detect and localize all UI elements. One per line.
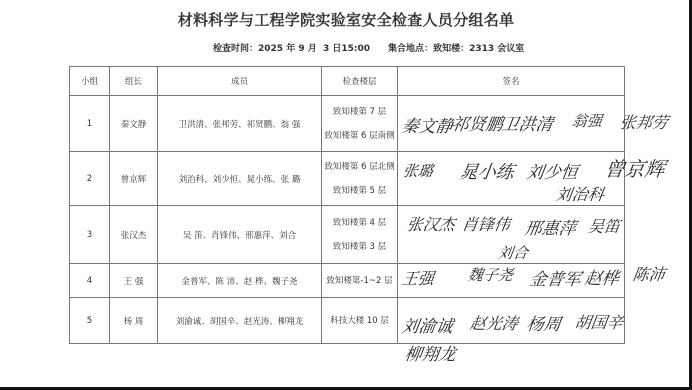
group-leader: 张汉杰 [110, 206, 158, 264]
table-row: 2 曾京辉 刘治科、刘少恒、晁小练、张 璐 致知楼第 6 层北侧 致知楼第 5 … [70, 152, 625, 206]
meeting-place: 集合地点：致知楼：2313 会议室 [388, 44, 524, 54]
signature-cell [398, 206, 625, 264]
group-members: 金普军、陈 沛、赵 桦、魏子尧 [158, 264, 322, 298]
header-signature: 签名 [398, 67, 625, 96]
floor-item: 致知楼第 6 层南侧 [322, 130, 397, 142]
handwritten-signature: 陈沛 [631, 262, 666, 285]
table-row: 5 杨 周 刘渝诚、胡国辛、赵光涛、柳翔龙 科技大楼 10 层 [70, 298, 625, 344]
group-leader: 杨 周 [110, 298, 158, 344]
floor-item: 致知楼第 3 层 [322, 241, 397, 253]
group-leader: 秦文静 [110, 96, 158, 152]
inspection-floors: 致知楼第-1~2 层 [322, 264, 398, 298]
inspection-floors: 科技大楼 10 层 [322, 298, 398, 344]
group-number: 5 [70, 298, 110, 344]
group-members: 卫洪清、张邦劳、祁贤鹏、翁 强 [158, 96, 322, 152]
group-leader: 曾京辉 [110, 152, 158, 206]
group-leader: 王 强 [110, 264, 158, 298]
floor-item: 致知楼第 4 层 [322, 217, 397, 229]
handwritten-signature: 张邦劳 [618, 110, 669, 133]
document-subtitle: 检查时间：2025 年 9 月 3 日15:00集合地点：致知楼：2313 会议… [213, 41, 542, 54]
check-time-value: 2025 年 9 月 3 日15:00 [258, 44, 370, 54]
table-row: 4 王 强 金普军、陈 沛、赵 桦、魏子尧 致知楼第-1~2 层 [70, 264, 625, 298]
header-group: 小组 [70, 67, 110, 96]
signature-cell [398, 152, 625, 206]
header-members: 成员 [158, 67, 322, 96]
group-members: 吴 笛、肖锋伟、邢惠萍、刘合 [158, 206, 322, 264]
floor-item: 致知楼第 5 层 [322, 185, 397, 197]
table-header-row: 小组 组长 成员 检查楼层 签名 [70, 67, 625, 96]
floor-item: 致知楼第 6 层北侧 [322, 161, 397, 173]
signature-cell [398, 264, 625, 298]
group-number: 1 [70, 96, 110, 152]
header-floors: 检查楼层 [322, 67, 398, 96]
group-members: 刘渝诚、胡国辛、赵光涛、柳翔龙 [158, 298, 322, 344]
group-roster-table: 小组 组长 成员 检查楼层 签名 1 秦文静 卫洪清、张邦劳、祁贤鹏、翁 强 致… [69, 66, 625, 344]
signature-cell [398, 298, 625, 344]
check-time-label: 检查时间： [213, 44, 258, 54]
floor-item: 科技大楼 10 层 [322, 315, 397, 327]
check-time: 检查时间：2025 年 9 月 3 日15:00 [213, 44, 370, 54]
table-row: 3 张汉杰 吴 笛、肖锋伟、邢惠萍、刘合 致知楼第 4 层 致知楼第 3 层 [70, 206, 625, 264]
group-number: 3 [70, 206, 110, 264]
document-title: 材料科学与工程学院实验室安全检查人员分组名单 [0, 9, 692, 30]
table-row: 1 秦文静 卫洪清、张邦劳、祁贤鹏、翁 强 致知楼第 7 层 致知楼第 6 层南… [70, 96, 625, 152]
meeting-place-label: 集合地点： [388, 44, 433, 54]
header-leader: 组长 [110, 67, 158, 96]
inspection-floors: 致知楼第 6 层北侧 致知楼第 5 层 [322, 152, 398, 206]
floor-item: 致知楼第-1~2 层 [322, 275, 397, 287]
signature-cell [398, 96, 625, 152]
group-number: 2 [70, 152, 110, 206]
inspection-floors: 致知楼第 4 层 致知楼第 3 层 [322, 206, 398, 264]
group-number: 4 [70, 264, 110, 298]
group-members: 刘治科、刘少恒、晁小练、张 璐 [158, 152, 322, 206]
inspection-floors: 致知楼第 7 层 致知楼第 6 层南侧 [322, 96, 398, 152]
floor-item: 致知楼第 7 层 [322, 106, 397, 118]
meeting-place-value: 致知楼：2313 会议室 [433, 44, 524, 54]
